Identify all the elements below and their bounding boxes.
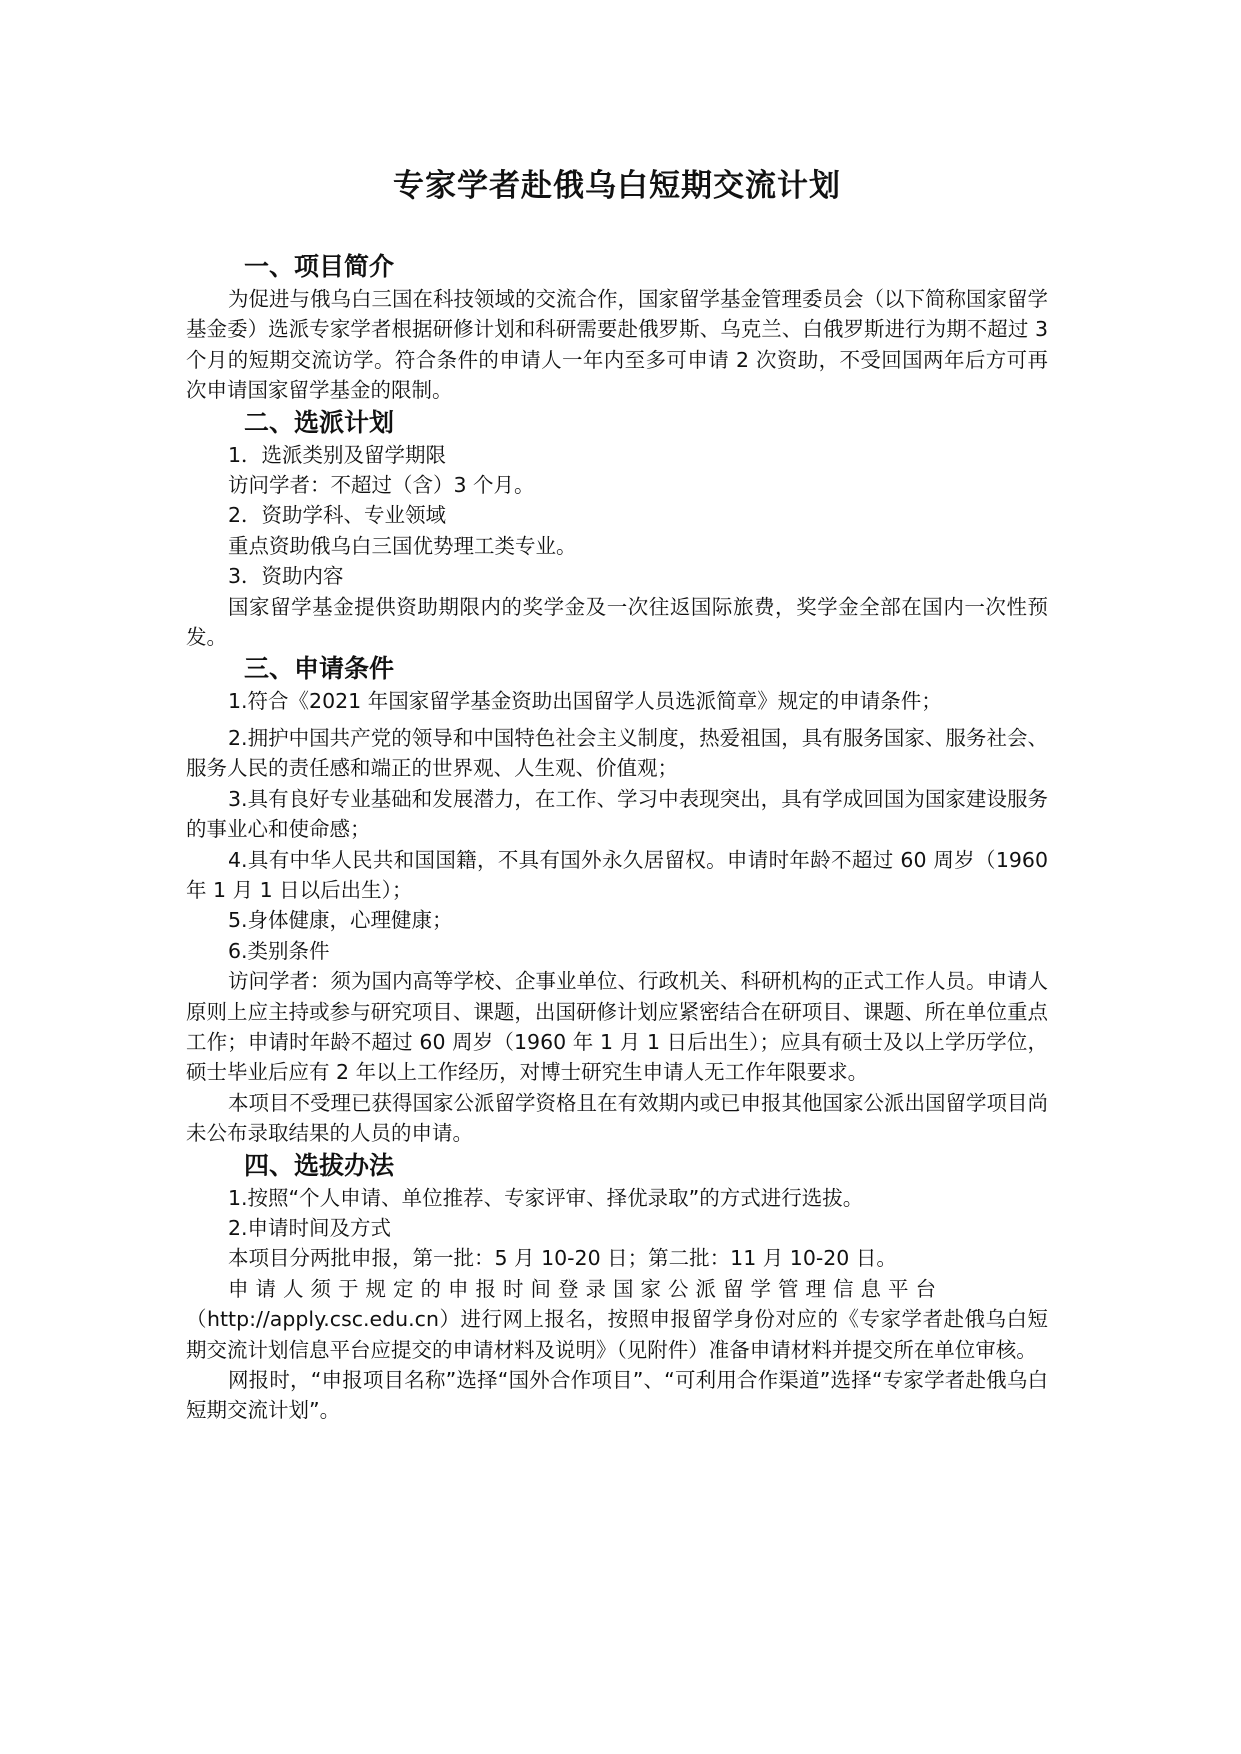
paragraph: 1．选派类别及留学期限	[186, 440, 1048, 470]
section-eligibility: 三、申请条件 1.符合《2021 年国家留学基金资助出国留学人员选派简章》规定的…	[186, 652, 1048, 1148]
document-title: 专家学者赴俄乌白短期交流计划	[186, 160, 1048, 205]
paragraph: 本项目不受理已获得国家公派留学资格且在有效期内或已申报其他国家公派出国留学项目尚…	[186, 1088, 1048, 1149]
paragraph: 4.具有中华人民共和国国籍，不具有国外永久居留权。申请时年龄不超过 60 周岁（…	[186, 845, 1048, 906]
section-selection-method: 四、选拔办法 1.按照“个人申请、单位推荐、专家评审、择优录取”的方式进行选拔。…	[186, 1149, 1048, 1426]
section-selection-plan: 二、选派计划 1．选派类别及留学期限 访问学者：不超过（含）3 个月。 2．资助…	[186, 406, 1048, 653]
paragraph: 2.申请时间及方式	[186, 1213, 1048, 1243]
paragraph: （http://apply.csc.edu.cn）进行网上报名，按照申报留学身份…	[186, 1304, 1048, 1365]
paragraph: 5.身体健康，心理健康；	[186, 905, 1048, 935]
section-heading: 一、项目简介	[186, 250, 1048, 284]
paragraph: 1.按照“个人申请、单位推荐、专家评审、择优录取”的方式进行选拔。	[186, 1183, 1048, 1213]
paragraph: 为促进与俄乌白三国在科技领域的交流合作，国家留学基金管理委员会（以下简称国家留学…	[186, 284, 1048, 406]
paragraph: 2．资助学科、专业领域	[186, 500, 1048, 530]
section-heading: 四、选拔办法	[186, 1149, 1048, 1183]
section-heading: 二、选派计划	[186, 406, 1048, 440]
paragraph: 访问学者：须为国内高等学校、企事业单位、行政机关、科研机构的正式工作人员。申请人…	[186, 966, 1048, 1088]
paragraph: 3．资助内容	[186, 561, 1048, 591]
paragraph: 本项目分两批申报，第一批：5 月 10-20 日；第二批：11 月 10-20 …	[186, 1243, 1048, 1273]
paragraph: 网报时，“申报项目名称”选择“国外合作项目”、“可利用合作渠道”选择“专家学者赴…	[186, 1365, 1048, 1426]
paragraph: 6.类别条件	[186, 936, 1048, 966]
section-heading: 三、申请条件	[186, 652, 1048, 686]
paragraph: 1.符合《2021 年国家留学基金资助出国留学人员选派简章》规定的申请条件；	[186, 686, 1048, 716]
section-project-overview: 一、项目简介 为促进与俄乌白三国在科技领域的交流合作，国家留学基金管理委员会（以…	[186, 250, 1048, 406]
paragraph: 访问学者：不超过（含）3 个月。	[186, 470, 1048, 500]
paragraph: 3.具有良好专业基础和发展潜力，在工作、学习中表现突出，具有学成回国为国家建设服…	[186, 784, 1048, 845]
paragraph: 2.拥护中国共产党的领导和中国特色社会主义制度，热爱祖国，具有服务国家、服务社会…	[186, 723, 1048, 784]
document-body: 一、项目简介 为促进与俄乌白三国在科技领域的交流合作，国家留学基金管理委员会（以…	[186, 250, 1048, 1426]
paragraph: 重点资助俄乌白三国优势理工类专业。	[186, 531, 1048, 561]
paragraph: 申请人须于规定的申报时间登录国家公派留学管理信息平台	[186, 1274, 1048, 1304]
paragraph: 国家留学基金提供资助期限内的奖学金及一次往返国际旅费，奖学金全部在国内一次性预发…	[186, 592, 1048, 653]
